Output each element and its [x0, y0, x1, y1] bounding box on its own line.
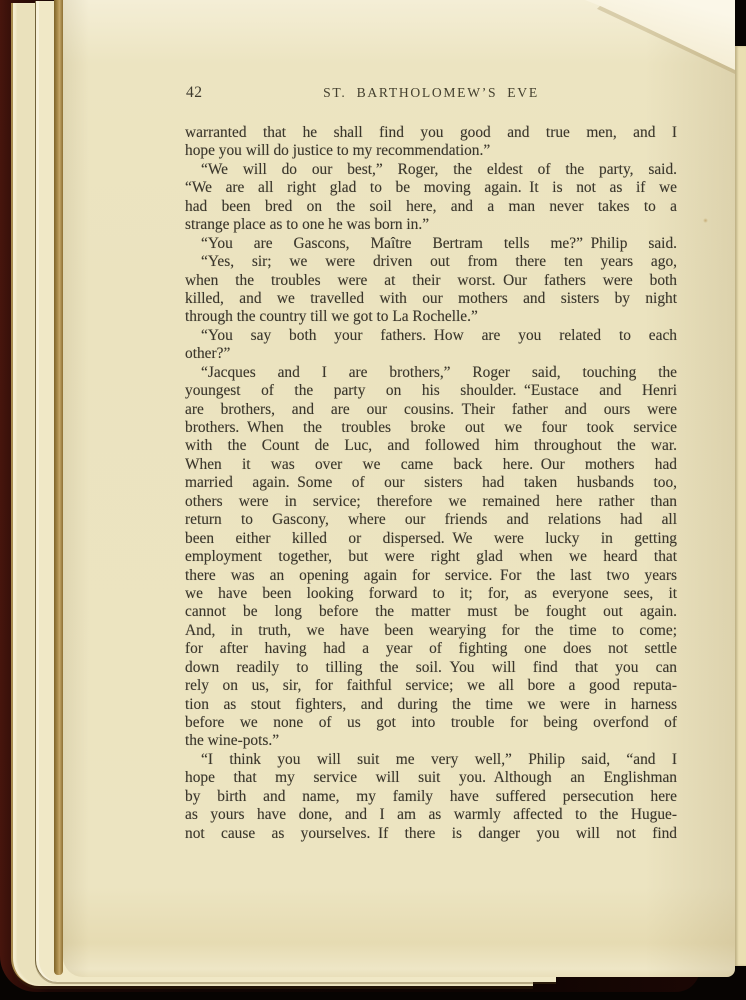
text-line: had been bred on the soil here, and a ma… [185, 198, 677, 216]
text-line: And, in truth, we have been wearying for… [185, 622, 677, 640]
text-line: “You say both your fathers. How are you … [185, 327, 677, 345]
text-line: down readily to tilling the soil. You wi… [185, 659, 677, 677]
book-page: 42 ST. BARTHOLOMEW’S EVE warranted that … [63, 0, 735, 977]
text-line: brothers. When the troubles broke out we… [185, 419, 677, 437]
text-line: are brothers, and are our cousins. Their… [185, 401, 677, 419]
text-line: When it was over we came back here. Our … [185, 456, 677, 474]
text-line: “We are all right glad to be moving agai… [185, 179, 677, 197]
text-line: as yours have done, and I am as warmly a… [185, 806, 677, 824]
text-line: “We will do our best,” Roger, the eldest… [185, 161, 677, 179]
running-title: ST. BARTHOLOMEW’S EVE [185, 85, 677, 101]
book-scan: { "page": { "number": "42", "running_tit… [0, 0, 746, 1000]
text-line: by birth and name, my family have suffer… [185, 788, 677, 806]
page-edge-right [734, 46, 746, 966]
text-line: employment together, but were right glad… [185, 548, 677, 566]
text-line: other?” [185, 345, 677, 363]
text-line: not cause as yourselves. If there is dan… [185, 825, 677, 843]
text-line: “Yes, sir; we were driven out from there… [185, 253, 677, 271]
text-line: the wine-pots.” [185, 732, 677, 750]
text-line: tion as stout fighters, and during the t… [185, 696, 677, 714]
text-line: when the troubles were at their worst. O… [185, 272, 677, 290]
page-text: warranted that he shall find you good an… [185, 124, 677, 843]
text-line: others were in service; therefore we rem… [185, 493, 677, 511]
text-line: “I think you will suit me very well,” Ph… [185, 751, 677, 769]
text-line: “You are Gascons, Maître Bertram tells m… [185, 235, 677, 253]
text-line: we have been looking forward to it; for,… [185, 585, 677, 603]
text-line: for after having had a year of fighting … [185, 640, 677, 658]
page-header: 42 ST. BARTHOLOMEW’S EVE [185, 84, 677, 103]
text-line: there was an opening again for service. … [185, 567, 677, 585]
text-line: hope that my service will suit you. Alth… [185, 769, 677, 787]
text-line: “Jacques and I are brothers,” Roger said… [185, 364, 677, 382]
text-line: warranted that he shall find you good an… [185, 124, 677, 142]
text-line: hope you will do justice to my recommend… [185, 142, 677, 160]
text-line: before we none of us got into trouble fo… [185, 714, 677, 732]
text-line: strange place as to one he was born in.” [185, 216, 677, 234]
text-line: killed, and we travelled with our mother… [185, 290, 677, 308]
text-line: rely on us, sir, for faithful service; w… [185, 677, 677, 695]
text-line: married again. Some of our sisters had t… [185, 474, 677, 492]
text-line: return to Gascony, where our friends and… [185, 511, 677, 529]
text-line: through the country till we got to La Ro… [185, 308, 677, 326]
page-fore-edge [54, 0, 63, 975]
text-line: been either killed or dispersed. We were… [185, 530, 677, 548]
text-line: cannot be long before the matter must be… [185, 603, 677, 621]
text-line: youngest of the party on his shoulder. “… [185, 382, 677, 400]
text-line: with the Count de Luc, and followed him … [185, 437, 677, 455]
paper-aging-spot [703, 218, 708, 223]
